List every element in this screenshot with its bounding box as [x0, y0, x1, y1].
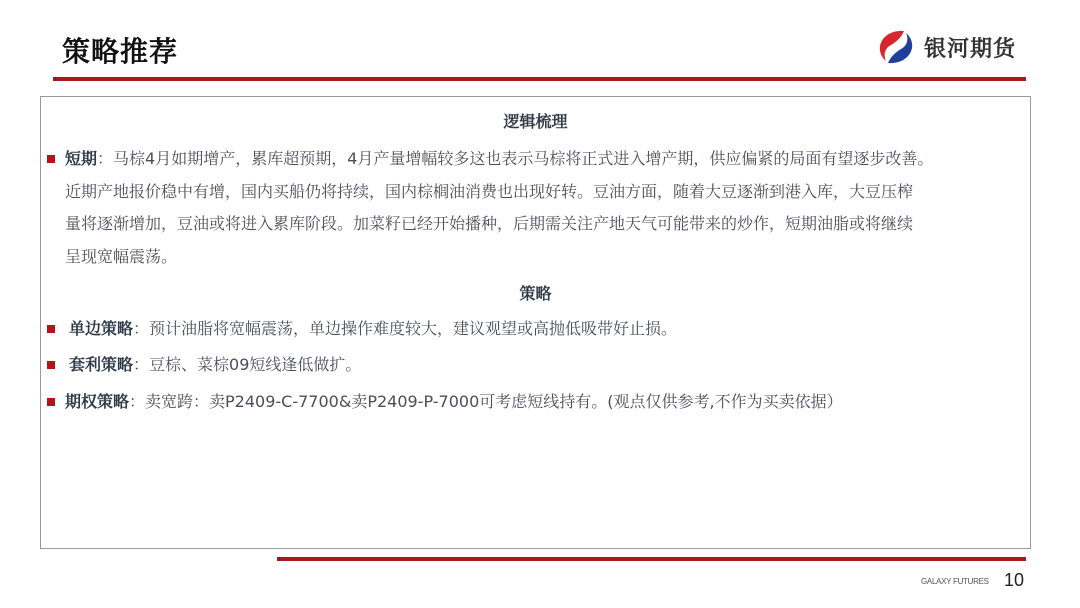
strategy-label: 套利策略 [69, 355, 133, 374]
short-term-label: 短期 [65, 149, 97, 168]
short-term-line-2: 近期产地报价稳中有增，国内买船仍将持续，国内棕榈油消费也出现好转。豆油方面，随着… [65, 176, 1022, 209]
bullet-marker [47, 325, 55, 333]
strategy-list: 单边策略：预计油脂将宽幅震荡，单边操作难度较大，建议观望或高抛低吸带好止损。 套… [69, 313, 1022, 419]
footer-brand: GALAXY FUTURES [921, 577, 989, 586]
bullet-marker [47, 155, 55, 163]
short-term-line-4: 呈现宽幅震荡。 [65, 241, 1022, 274]
logic-heading: 逻辑梳理 [41, 109, 1030, 132]
label-separator: ： [97, 149, 113, 168]
strategy-text: 卖宽跨：卖P2409-C-7700&卖P2409-P-7000可考虑短线持有。(… [145, 392, 843, 411]
bullet-marker [47, 361, 55, 369]
label-separator: ： [133, 319, 149, 338]
strategy-text: 预计油脂将宽幅震荡，单边操作难度较大，建议观望或高抛低吸带好止损。 [149, 319, 677, 338]
page-number: 10 [1004, 570, 1024, 591]
galaxy-futures-logo-icon [874, 28, 918, 66]
label-separator: ： [129, 392, 145, 411]
bullet-marker [47, 398, 55, 406]
strategy-text: 豆棕、菜棕09短线逢低做扩。 [149, 355, 361, 374]
short-term-paragraph: 短期：马棕4月如期增产，累库超预期，4月产量增幅较多这也表示马棕将正式进入增产期… [65, 143, 1022, 273]
strategy-item-unilateral: 单边策略：预计油脂将宽幅震荡，单边操作难度较大，建议观望或高抛低吸带好止损。 [69, 313, 1022, 349]
page-title: 策略推荐 [62, 30, 178, 70]
strategy-heading: 策略 [41, 281, 1030, 304]
header-divider [53, 77, 1026, 81]
strategy-item-arbitrage: 套利策略：豆棕、菜棕09短线逢低做扩。 [69, 349, 1022, 386]
company-name: 银河期货 [924, 32, 1016, 63]
strategy-item-options: 期权策略：卖宽跨：卖P2409-C-7700&卖P2409-P-7000可考虑短… [65, 386, 1022, 419]
short-term-line-1: 马棕4月如期增产，累库超预期，4月产量增幅较多这也表示马棕将正式进入增产期，供应… [113, 149, 933, 168]
short-term-line-3: 量将逐渐增加，豆油或将进入累库阶段。加菜籽已经开始播种，后期需关注产地天气可能带… [65, 208, 1022, 241]
strategy-label: 单边策略 [69, 319, 133, 338]
footer-divider [277, 557, 1026, 561]
company-logo: 银河期货 [874, 27, 1016, 67]
strategy-label: 期权策略 [65, 392, 129, 411]
content-panel: 逻辑梳理 短期：马棕4月如期增产，累库超预期，4月产量增幅较多这也表示马棕将正式… [40, 96, 1031, 549]
label-separator: ： [133, 355, 149, 374]
